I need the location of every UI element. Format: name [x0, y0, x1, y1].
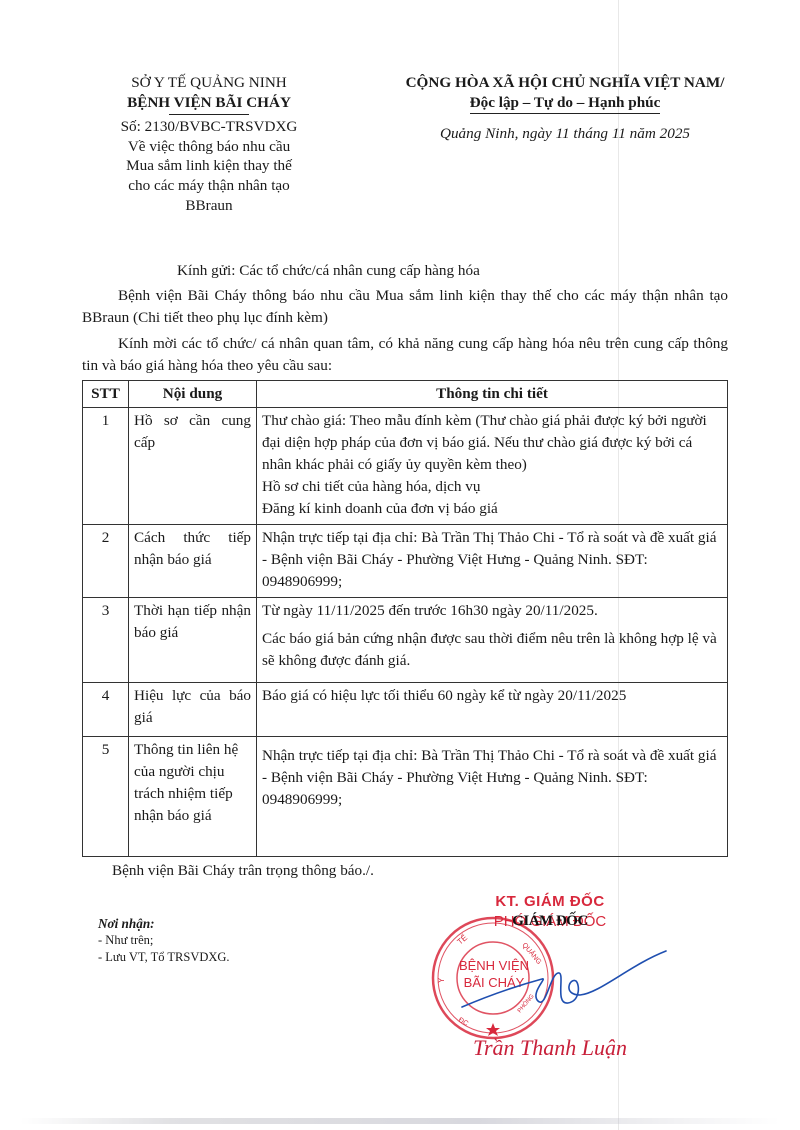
table-row: 2 Cách thức tiếp nhận báo giá Nhận trực … — [83, 525, 728, 598]
intro-paragraph-text: Bệnh viện Bãi Cháy thông báo nhu cầu Mua… — [82, 287, 728, 326]
row-number: 2 — [83, 525, 129, 598]
document-number: Số: 2130/BVBC-TRSVDXG — [78, 117, 340, 137]
row-number: 3 — [83, 598, 129, 683]
row-topic: Thông tin liên hệ của người chịu trách n… — [129, 737, 257, 857]
row-topic: Hiệu lực của báo giá — [129, 683, 257, 737]
national-motto: Độc lập – Tự do – Hạnh phúc — [470, 93, 661, 115]
closing-statement: Bệnh viện Bãi Cháy trân trọng thông báo.… — [112, 862, 374, 880]
requirements-table: STT Nội dung Thông tin chi tiết 1 Hồ sơ … — [82, 380, 728, 857]
row-details: Nhận trực tiếp tại địa chỉ: Bà Trần Thị … — [257, 737, 728, 857]
invitation-paragraph-text: Kính mời các tổ chức/ cá nhân quan tâm, … — [82, 335, 728, 374]
recipient-line: Kính gửi: Các tổ chức/cá nhân cung cấp h… — [177, 260, 480, 282]
recipient-item: - Như trên; — [98, 932, 230, 949]
scan-artifact — [20, 1118, 780, 1124]
signer-name: Trần Thanh Luận — [450, 1035, 650, 1061]
place-date: Quảng Ninh, ngày 11 tháng 11 năm 2025 — [350, 124, 780, 144]
row-topic: Thời hạn tiếp nhận báo giá — [129, 598, 257, 683]
delegation-title: KT. GIÁM ĐỐC — [460, 893, 640, 910]
column-header-details: Thông tin chi tiết — [257, 381, 728, 408]
column-header-stt: STT — [83, 381, 129, 408]
signature-block: TẾ Y QUẢNG PHÒNG ĐC BỆNH VIỆN BÃI CHÁY K… — [430, 885, 670, 1085]
row-details: Báo giá có hiệu lực tối thiểu 60 ngày kể… — [257, 683, 728, 737]
row-number: 4 — [83, 683, 129, 737]
row-topic: Cách thức tiếp nhận báo giá — [129, 525, 257, 598]
row-details: Nhận trực tiếp tại địa chỉ: Bà Trần Thị … — [257, 525, 728, 598]
table-row: 5 Thông tin liên hệ của người chịu trách… — [83, 737, 728, 857]
department-name: SỞ Y TẾ QUẢNG NINH — [78, 73, 340, 93]
subject-line: Về việc thông báo nhu cầu — [78, 137, 340, 157]
invitation-paragraph: Kính mời các tổ chức/ cá nhân quan tâm, … — [82, 333, 728, 377]
nation-title: CỘNG HÒA XÃ HỘI CHỦ NGHĨA VIỆT NAM/ — [350, 73, 780, 93]
detail-line: Từ ngày 11/11/2025 đến trước 16h30 ngày … — [262, 600, 722, 622]
subject-line: BBraun — [78, 196, 340, 216]
recipients-block: Nơi nhận: - Như trên; - Lưu VT, Tổ TRSVD… — [98, 915, 230, 966]
detail-line: Các báo giá bản cứng nhận được sau thời … — [262, 628, 722, 672]
intro-paragraph: Bệnh viện Bãi Cháy thông báo nhu cầu Mua… — [82, 285, 728, 329]
recipients-title: Nơi nhận: — [98, 915, 230, 932]
detail-line: Nhận trực tiếp tại địa chỉ: Bà Trần Thị … — [262, 527, 722, 593]
organization-name: BỆNH VIỆN BÃI CHÁY — [78, 93, 340, 113]
handwritten-signature-icon — [430, 915, 670, 1035]
recipient-item: - Lưu VT, Tổ TRSVDXG. — [98, 949, 230, 966]
national-header: CỘNG HÒA XÃ HỘI CHỦ NGHĨA VIỆT NAM/ Độc … — [350, 73, 780, 144]
row-topic: Hồ sơ cần cung cấp — [129, 408, 257, 525]
detail-line: Hồ sơ chi tiết của hàng hóa, dịch vụ — [262, 476, 722, 498]
row-details: Thư chào giá: Theo mẫu đính kèm (Thư chà… — [257, 408, 728, 525]
table-row: 3 Thời hạn tiếp nhận báo giá Từ ngày 11/… — [83, 598, 728, 683]
detail-line: Thư chào giá: Theo mẫu đính kèm (Thư chà… — [262, 410, 722, 476]
subject-line: cho các máy thận nhân tạo — [78, 176, 340, 196]
row-number: 5 — [83, 737, 129, 857]
issuer-header: SỞ Y TẾ QUẢNG NINH BỆNH VIỆN BÃI CHÁY Số… — [78, 73, 340, 215]
row-details: Từ ngày 11/11/2025 đến trước 16h30 ngày … — [257, 598, 728, 683]
table-row: 1 Hồ sơ cần cung cấp Thư chào giá: Theo … — [83, 408, 728, 525]
subject-line: Mua sắm linh kiện thay thế — [78, 156, 340, 176]
detail-line: Nhận trực tiếp tại địa chỉ: Bà Trần Thị … — [262, 745, 722, 811]
row-number: 1 — [83, 408, 129, 525]
column-header-content: Nội dung — [129, 381, 257, 408]
header-divider — [169, 114, 249, 115]
table-row: 4 Hiệu lực của báo giá Báo giá có hiệu l… — [83, 683, 728, 737]
detail-line: Đăng kí kinh doanh của đơn vị báo giá — [262, 498, 722, 520]
detail-line: Báo giá có hiệu lực tối thiểu 60 ngày kể… — [262, 685, 722, 707]
table-header-row: STT Nội dung Thông tin chi tiết — [83, 381, 728, 408]
